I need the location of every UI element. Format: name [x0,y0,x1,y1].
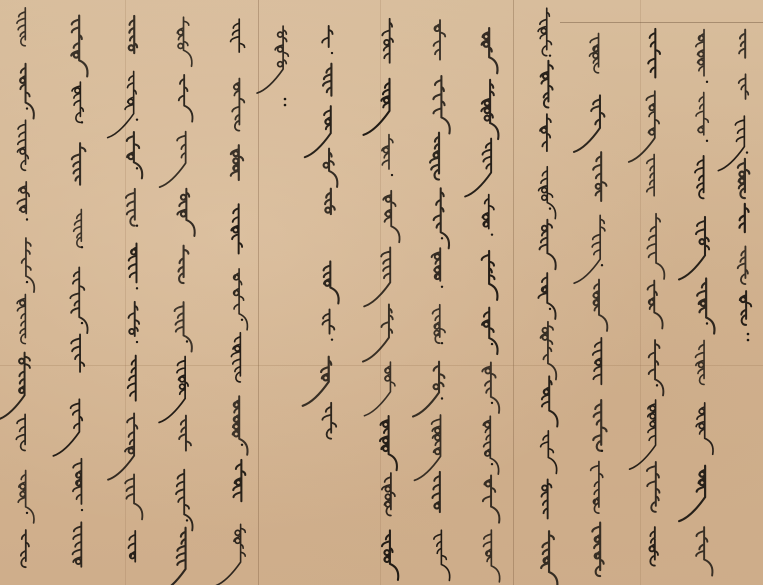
manchu-word [74,209,82,247]
text-column-15 [60,0,100,585]
manchu-word [540,114,551,151]
manchu-word [0,353,30,420]
manchu-word [72,143,86,184]
manchu-word [434,20,446,59]
manchu-word [574,215,605,283]
punctuation-dot [549,207,551,209]
manchu-word [481,80,498,139]
manchu-word [176,470,192,531]
punctuation-dot [441,286,443,288]
manchu-word [231,145,243,180]
manuscript-page: Scanned page of a handwritten Manchu-scr… [0,0,763,585]
end-punctuation [747,339,750,342]
manchu-word [414,415,440,480]
manchu-word [648,29,660,78]
manchu-script-strokes [165,0,205,585]
manchu-word [593,400,606,451]
manchu-word [541,531,557,585]
text-column-10 [310,0,350,585]
punctuation-dot [241,444,243,446]
text-column-4 [580,0,620,585]
manchu-word [696,403,713,454]
manchu-word [434,530,450,580]
manchu-script-strokes [262,0,302,585]
manchu-word [71,334,84,371]
manchu-word [108,413,137,479]
manchu-word [18,120,29,170]
manchu-word [233,460,245,501]
manchu-word [482,362,499,412]
manchu-word [215,524,246,585]
manchu-word [482,308,497,354]
manchu-word [73,522,82,566]
end-punctuation [284,104,287,107]
manchu-word [364,247,390,306]
manchu-word [647,154,654,195]
manchu-word [159,357,188,423]
punctuation-dot [706,322,708,324]
punctuation-dot [241,319,243,321]
text-column-12 [220,0,260,585]
text-column-11 [262,0,302,585]
text-column-13 [165,0,205,585]
manchu-word [160,132,186,187]
manchu-word [739,74,749,99]
manchu-word [539,167,556,219]
manchu-word [739,204,748,232]
manchu-word [483,416,498,474]
manchu-word [695,156,704,198]
manchu-word [231,204,242,253]
manchu-script-strokes [370,0,410,585]
manchu-script-strokes [115,0,155,585]
punctuation-dot [26,512,28,514]
punctuation-dot [491,463,493,465]
manchu-word [541,431,557,474]
manchu-word [324,261,339,303]
manchu-word [383,191,399,242]
punctuation-dot [81,121,83,123]
manchu-word [738,246,748,284]
manchu-word [73,459,81,504]
manchu-word [433,472,440,512]
manchu-word [382,530,398,579]
manchu-word [363,305,393,362]
punctuation-dot [491,233,493,235]
manchu-script-strokes [470,0,510,585]
manchu-word [696,340,705,384]
text-column-3 [635,0,675,585]
punctuation-dot [81,509,83,511]
manchu-word [177,17,192,66]
text-column-8 [370,0,410,585]
manchu-word [649,527,658,566]
punctuation-dot [136,341,138,343]
punctuation-dot [656,384,658,386]
punctuation-dot [491,402,493,404]
manchu-word [234,269,248,330]
manchu-word [482,195,493,229]
manchu-word [696,30,704,76]
punctuation-dot [26,218,28,220]
manchu-word [647,214,664,279]
punctuation-dot [441,342,443,344]
manchu-word [177,189,194,236]
manchu-word [697,278,714,333]
manchu-word [740,291,751,325]
manchu-word [18,470,34,522]
manchu-word [538,8,551,55]
manchu-word [430,133,439,180]
manchu-word [322,403,336,439]
manchu-word [129,16,137,53]
manchu-word [382,135,393,169]
manchu-word [53,399,82,456]
manchu-word [679,466,705,521]
manchu-word [17,182,29,214]
text-column-5 [528,0,568,585]
punctuation-dot [549,308,551,310]
manchu-word [482,28,498,73]
manchu-word [484,530,500,582]
punctuation-dot [391,174,393,176]
punctuation-dot [601,264,603,266]
punctuation-dot [81,322,83,324]
punctuation-dot [491,343,493,345]
manchu-word [364,362,395,416]
manchu-word [649,340,664,395]
manchu-script-strokes [5,0,45,585]
manchu-word [70,267,87,333]
manchu-word [17,294,25,343]
manchu-word [160,528,186,585]
punctuation-dot [136,167,138,169]
manchu-word [433,305,445,343]
manchu-word [72,82,83,122]
manchu-word [175,302,192,351]
manchu-word [179,75,193,122]
punctuation-dot [186,519,188,521]
manchu-script-strokes [60,0,100,585]
punctuation-dot [549,54,551,56]
punctuation-dot [26,281,28,283]
manchu-word [382,19,393,63]
manchu-word [574,95,604,152]
manchu-script-strokes [528,0,568,585]
punctuation-dot [706,81,708,83]
manchu-word [432,248,441,281]
manchu-word [630,400,656,469]
end-punctuation [284,98,287,101]
punctuation-dot [601,450,603,452]
manchu-word [739,30,745,58]
manchu-word [593,338,602,384]
manchu-word [413,362,444,417]
punctuation-dot [706,140,708,142]
end-punctuation [747,333,750,336]
punctuation-dot [136,287,138,289]
manchu-word [231,19,245,52]
manchu-script-strokes [635,0,675,585]
manchu-word [696,92,708,134]
punctuation-dot [441,237,443,239]
manchu-word [129,302,140,336]
manchu-word [363,79,389,135]
manchu-word [433,76,449,133]
manchu-word [629,91,659,162]
manchu-word [590,34,599,73]
manchu-word [482,251,498,300]
manchu-word [127,132,142,178]
manchu-word [538,273,555,319]
manchu-word [71,16,87,77]
manchu-script-strokes [725,0,763,585]
manchu-word [16,414,25,450]
manchu-word [231,333,240,382]
manchu-word [542,376,558,426]
manchu-word [591,461,603,513]
manchu-word [542,479,552,518]
manchu-word [128,356,136,401]
manchu-word [257,26,288,93]
punctuation-dot [331,338,333,340]
manchu-script-strokes [685,0,725,585]
punctuation-dot [136,118,138,120]
manchu-word [20,64,34,119]
punctuation-dot [136,224,138,226]
manchu-script-strokes [310,0,350,585]
manchu-word [22,238,35,292]
manchu-word [17,8,25,46]
manchu-word [541,322,557,380]
manchu-word [593,152,606,201]
punctuation-dot [441,397,443,399]
manchu-word [125,474,142,519]
manchu-word [540,220,556,270]
manchu-word [232,78,244,130]
text-column-14 [115,0,155,585]
manchu-word [179,416,191,451]
text-column-16 [5,0,45,585]
manchu-word [593,280,607,331]
manchu-word [108,71,137,137]
punctuation-dot [26,107,28,109]
manchu-word [323,310,335,334]
manchu-word [21,530,29,567]
text-column-1 [725,0,763,585]
manchu-word [129,243,137,282]
punctuation-dot [186,340,188,342]
manchu-word [179,246,189,283]
manchu-word [233,396,248,455]
manchu-word [465,139,491,197]
manchu-script-strokes [580,0,620,585]
text-column-2 [685,0,725,585]
punctuation-dot [746,151,748,153]
manchu-word [738,159,749,198]
manchu-word [679,217,709,280]
manchu-script-strokes [220,0,260,585]
manchu-word [128,531,135,562]
manchu-word [541,61,553,108]
manchu-word [696,527,712,575]
manchu-word [648,281,663,329]
text-column-6 [470,0,510,585]
manchu-word [126,189,135,226]
fold-line [513,0,514,585]
manchu-word [483,475,499,522]
manchu-word [382,473,395,516]
punctuation-dot [81,246,83,248]
manchu-word [380,416,397,470]
text-column-7 [420,0,460,585]
manchu-word [647,462,659,512]
manchu-word [592,523,603,577]
manchu-script-strokes [420,0,460,585]
